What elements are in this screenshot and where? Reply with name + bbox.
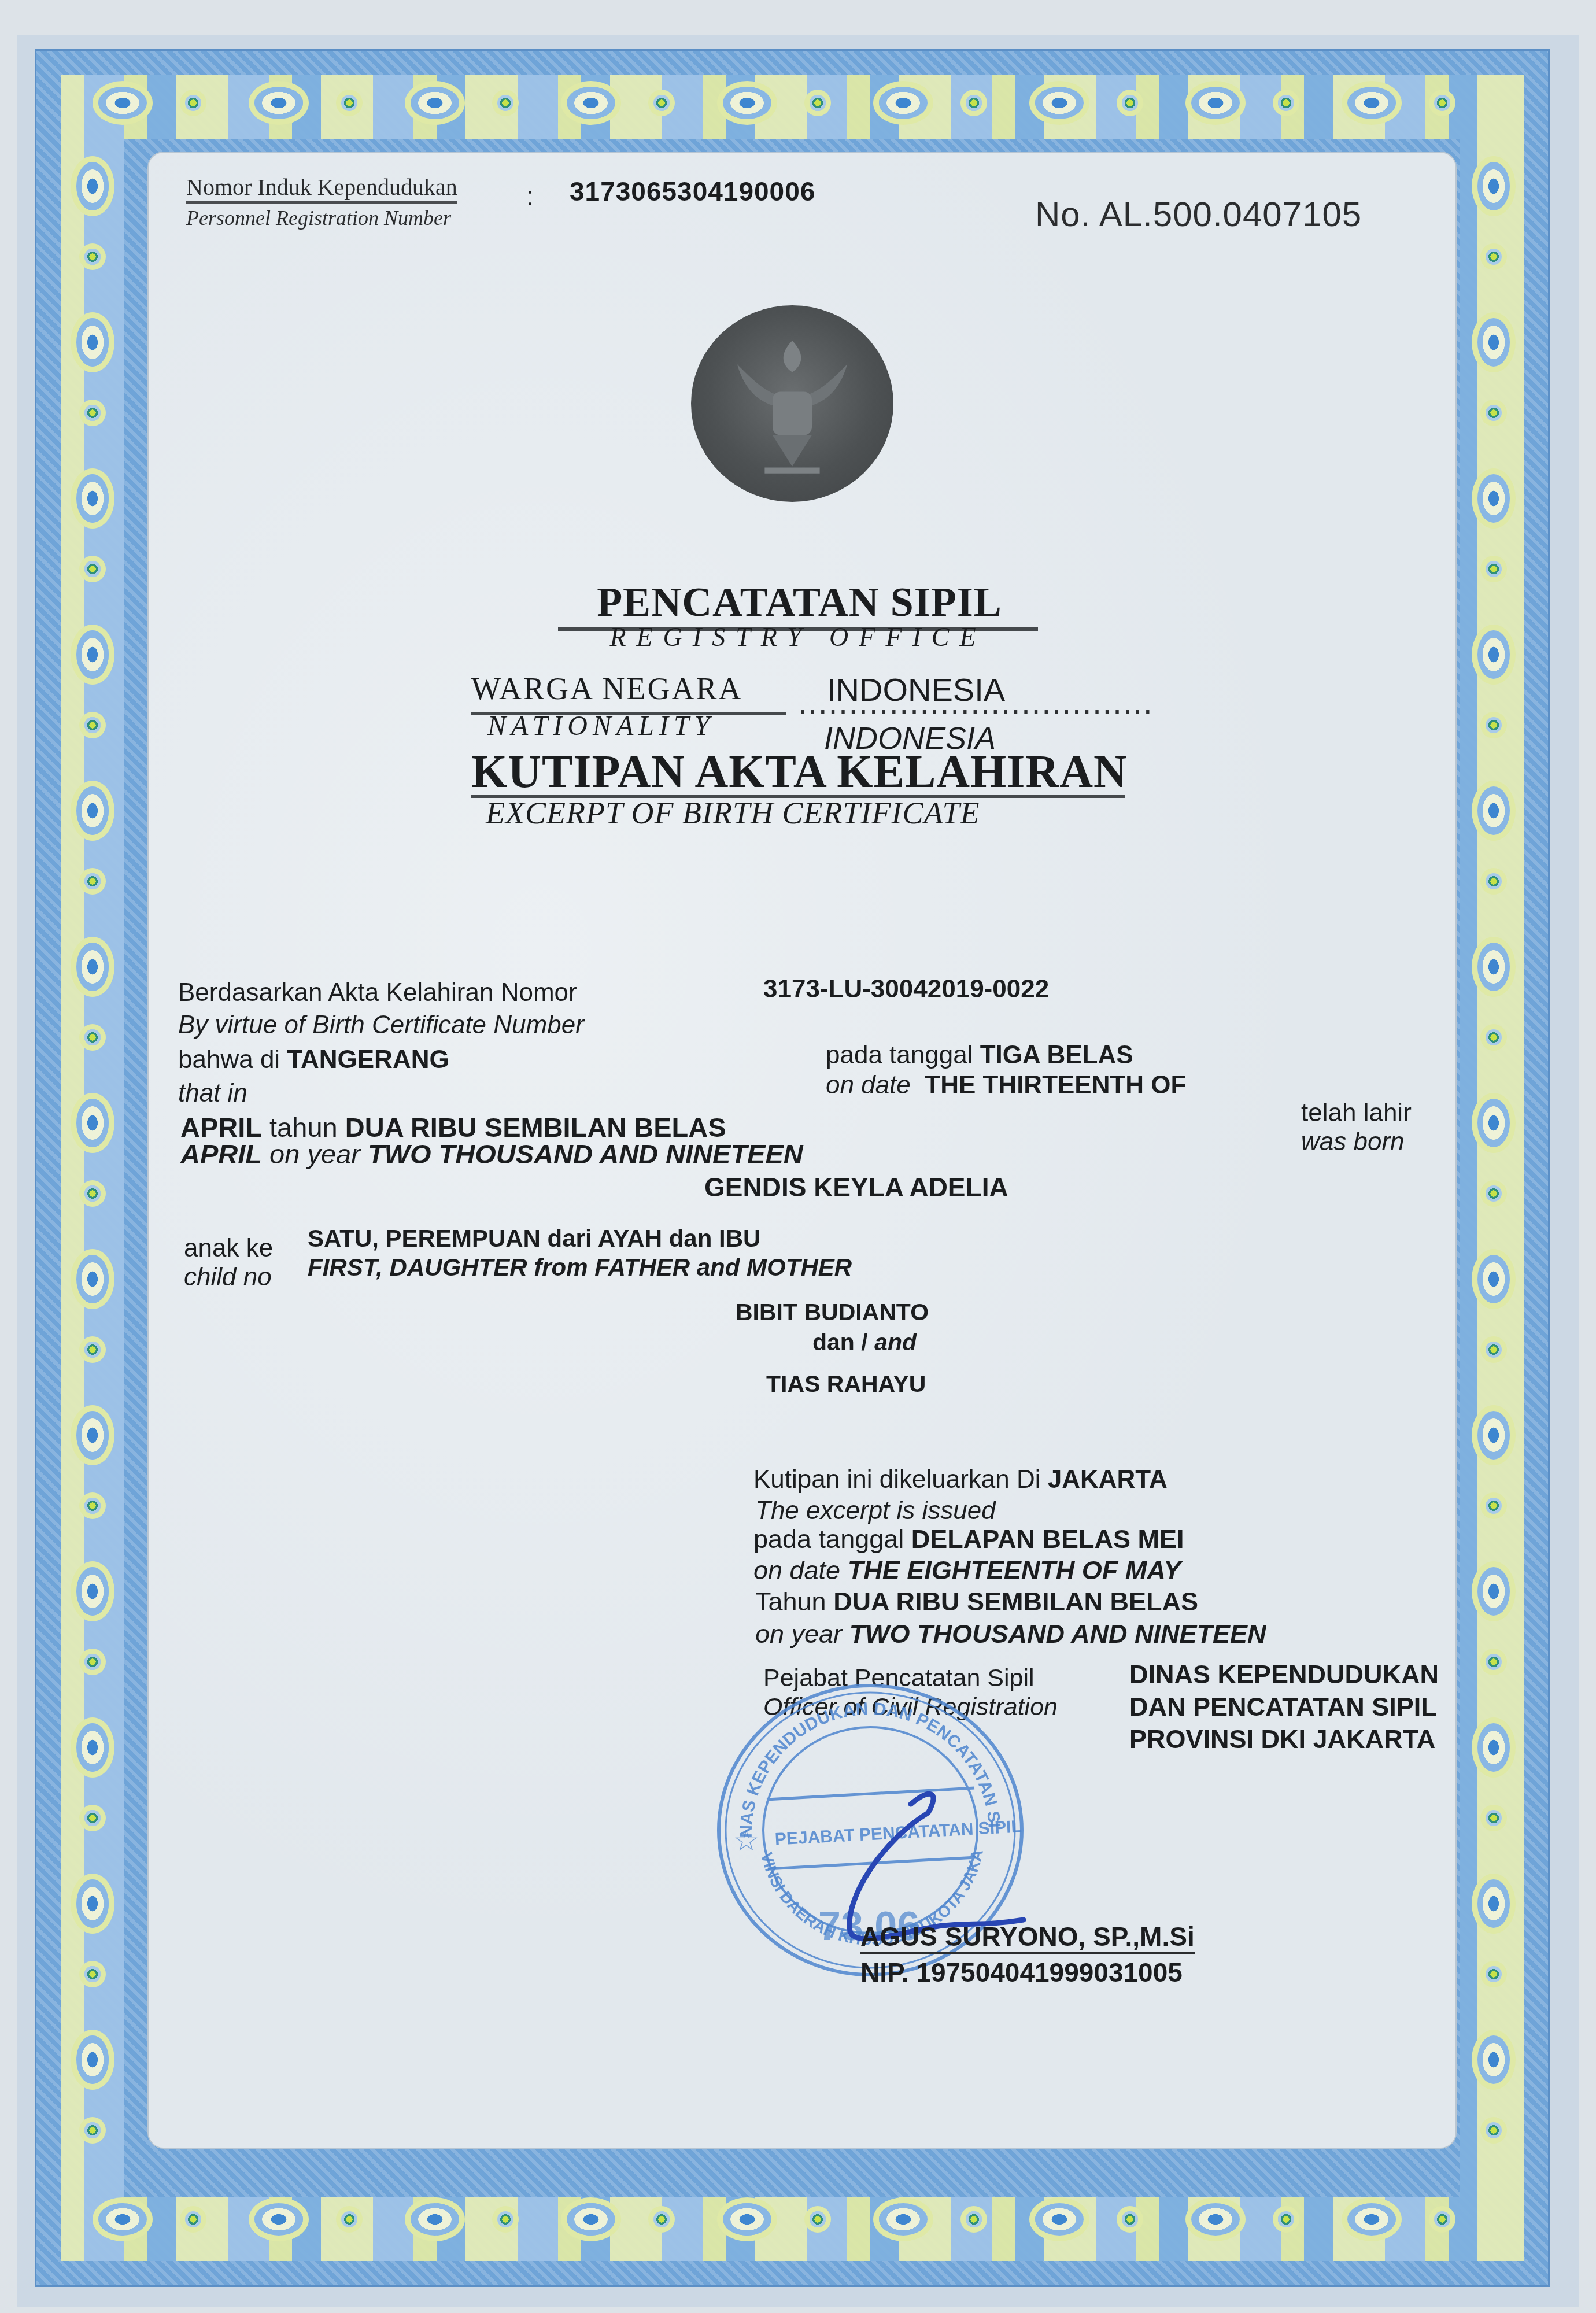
border-eye-ornament [98,2203,147,2236]
border-eye-ornament [76,1723,109,1772]
border-dot-ornament [1486,1185,1502,1202]
place-label: bahwa di [178,1045,280,1074]
month-value-en: APRIL [180,1139,262,1169]
border-eye-ornament [76,786,109,835]
and-label: dan / [812,1329,868,1355]
border-dot-ornament [1434,95,1450,111]
document-title: KUTIPAN AKTA KELAHIRAN [471,746,1128,799]
border-dot-ornament [1486,249,1502,265]
place-line: bahwa di TANGERANG [178,1045,449,1074]
border-dot-ornament [1486,1498,1502,1514]
issued-year-value-en: TWO THOUSAND AND NINETEEN [849,1619,1266,1649]
basis-label: Berdasarkan Akta Kelahiran Nomor [178,978,577,1007]
border-eye-ornament [1477,786,1510,835]
signatory-name: AGUS SURYONO, SP.,M.Si [860,1921,1195,1954]
border-eye-ornament [1477,1567,1510,1616]
border-eye-ornament [1477,943,1510,991]
border-eye-ornament [1477,474,1510,523]
issued-place: JAKARTA [1048,1465,1168,1494]
border-eye-ornament [76,1099,109,1147]
border-dot-ornament [653,2211,670,2227]
agency-line-2: DAN PENCATATAN SIPIL [1129,1692,1437,1722]
date-value: TIGA BELAS [980,1041,1133,1069]
nik-value: 3173065304190006 [570,176,815,207]
issued-date-value: DELAPAN BELAS MEI [911,1524,1184,1554]
and-line: dan / and [812,1329,917,1356]
border-dot-ornament [84,1654,101,1670]
border-dot-ornament [1486,873,1502,889]
border-eye-ornament [1035,2203,1084,2236]
place-label-en: that in [178,1079,247,1108]
border-eye-ornament [879,87,928,119]
border-eye-ornament [76,943,109,991]
svg-text:DINAS KEPENDUDUKAN DAN PENCATA: DINAS KEPENDUDUKAN DAN PENCATATAN SIPIL [711,1677,1004,1838]
year-label-en: on year [269,1139,360,1169]
border-dot-ornament [84,1810,101,1826]
border-dot-ornament [497,2211,513,2227]
border-eye-ornament [76,318,109,367]
mother-name: TIAS RAHAYU [766,1370,926,1398]
border-dot-ornament [84,1966,101,1982]
basis-label-en: By virtue of Birth Certificate Number [178,1011,584,1040]
border-eye-ornament [1477,1411,1510,1460]
border-dot-ornament [84,561,101,577]
child-description-en: FIRST, DAUGHTER from FATHER and MOTHER [308,1254,852,1281]
place-value: TANGERANG [287,1045,449,1074]
border-dot-ornament [185,2211,201,2227]
border-dot-ornament [810,95,826,111]
border-eye-ornament [1477,630,1510,679]
signatory-nip: NIP. 197504041999031005 [860,1957,1183,1988]
border-dot-ornament [1122,2211,1138,2227]
border-dot-ornament [1434,2211,1450,2227]
border-eye-ornament [76,630,109,679]
border-dot-ornament [84,1342,101,1358]
office-title-en: REGISTRY OFFICE [555,622,1041,652]
border-dot-ornament [1486,1966,1502,1982]
border-dot-ornament [185,95,201,111]
border-dot-ornament [84,2122,101,2138]
father-name: BIBIT BUDIANTO [736,1299,929,1326]
date-label-en: on date [826,1071,911,1099]
border-eye-ornament [76,2035,109,2084]
border-dot-ornament [84,1185,101,1202]
nationality-label: WARGA NEGARA [471,671,743,707]
nationality-value: INDONESIA [827,671,1005,708]
border-eye-ornament [1035,87,1084,119]
border-dot-ornament [84,405,101,421]
border-dot-ornament [1486,1029,1502,1045]
border-dot-ornament [1486,1654,1502,1670]
agency-line-1: DINAS KEPENDUDUKAN [1129,1660,1439,1690]
border-dot-ornament [84,1498,101,1514]
birth-date-line: pada tanggal TIGA BELAS [826,1041,1133,1070]
border-dot-ornament [84,249,101,265]
border-eye-ornament [1477,1879,1510,1928]
year-value-en: TWO THOUSAND AND NINETEEN [368,1139,803,1169]
border-eye-ornament [1191,87,1240,119]
border-eye-ornament [76,1879,109,1928]
issued-label: Kutipan ini dikeluarkan Di [753,1465,1041,1494]
nik-label-en: Personnel Registration Number [186,206,451,230]
issued-date-line: pada tanggal DELAPAN BELAS MEI [753,1524,1184,1554]
border-eye-ornament [879,2203,928,2236]
date-label: pada tanggal [826,1041,973,1069]
border-eye-ornament [1477,162,1510,210]
child-description: SATU, PEREMPUAN dari AYAH dan IBU [308,1225,760,1252]
border-eye-ornament [723,2203,771,2236]
child-name: GENDIS KEYLA ADELIA [704,1172,1008,1203]
border-eye-ornament [1477,318,1510,367]
birth-date-line-en: on date THE THIRTEENTH OF [826,1071,1186,1100]
border-eye-ornament [76,1255,109,1303]
border-eye-ornament [98,87,147,119]
child-no-label-en: child no [184,1263,272,1292]
nik-label: Nomor Induk Kependudukan [186,173,457,201]
issued-date-label-en: on date [753,1555,840,1585]
issued-label-en: The excerpt is issued [755,1497,996,1525]
border-eye-ornament [76,1411,109,1460]
border-eye-ornament [411,2203,459,2236]
issued-year-value: DUA RIBU SEMBILAN BELAS [833,1587,1198,1616]
border-eye-ornament [1477,1723,1510,1772]
issued-year-label: Tahun [755,1587,826,1616]
border-dot-ornament [1486,405,1502,421]
border-eye-ornament [1347,87,1396,119]
border-eye-ornament [76,1567,109,1616]
border-dot-ornament [653,95,670,111]
born-label-en: was born [1301,1128,1405,1156]
border-dot-ornament [1486,2122,1502,2138]
border-dot-ornament [84,717,101,733]
border-eye-ornament [1477,1099,1510,1147]
issued-date-line-en: on date THE EIGHTEENTH OF MAY [753,1555,1181,1586]
stamp-text-top: DINAS KEPENDUDUKAN DAN PENCATATAN SIPIL [711,1677,1004,1838]
issued-date-label: pada tanggal [753,1524,904,1554]
garuda-emblem-icon [691,305,893,502]
border-dot-ornament [966,95,982,111]
document-number: No. AL.500.0407105 [1035,194,1362,234]
and-label-en: and [874,1329,917,1355]
border-eye-ornament [1347,2203,1396,2236]
border-dot-ornament [84,873,101,889]
issued-date-value-en: THE EIGHTEENTH OF MAY [848,1555,1181,1585]
border-dot-ornament [341,95,357,111]
agency-line-3: PROVINSI DKI JAKARTA [1129,1724,1435,1754]
document-title-en: EXCERPT OF BIRTH CERTIFICATE [486,795,980,831]
nik-colon: : [526,180,534,212]
border-eye-ornament [254,87,303,119]
issued-year-line-en: on year TWO THOUSAND AND NINETEEN [755,1619,1266,1649]
border-dot-ornament [1278,2211,1294,2227]
office-title: PENCATATAN SIPIL [561,578,1038,626]
issued-year-label-en: on year [755,1619,842,1649]
date-value-en: THE THIRTEENTH OF [925,1071,1186,1099]
stamp-star-icon: ☆ [733,1824,759,1857]
border-dot-ornament [341,2211,357,2227]
border-eye-ornament [1477,2035,1510,2084]
border-dot-ornament [1278,95,1294,111]
border-eye-ornament [76,162,109,210]
birth-year-line-en: APRIL on year TWO THOUSAND AND NINETEEN [180,1138,803,1170]
border-eye-ornament [76,474,109,523]
border-dot-ornament [1486,1810,1502,1826]
nationality-label-en: NATIONALITY [487,710,715,742]
border-dot-ornament [966,2211,982,2227]
border-eye-ornament [1477,1255,1510,1303]
issued-year-line: Tahun DUA RIBU SEMBILAN BELAS [755,1587,1198,1617]
border-dot-ornament [1486,561,1502,577]
border-eye-ornament [567,87,615,119]
border-eye-ornament [254,2203,303,2236]
child-no-label: anak ke [184,1234,273,1263]
border-dot-ornament [810,2211,826,2227]
border-dot-ornament [1486,717,1502,733]
border-eye-ornament [567,2203,615,2236]
border-dot-ornament [84,1029,101,1045]
border-dot-ornament [497,95,513,111]
border-dot-ornament [1486,1342,1502,1358]
border-eye-ornament [1191,2203,1240,2236]
issued-line: Kutipan ini dikeluarkan Di JAKARTA [753,1465,1168,1494]
certificate-number: 3173-LU-30042019-0022 [763,975,1049,1004]
border-dot-ornament [1122,95,1138,111]
born-label: telah lahir [1301,1099,1412,1128]
border-eye-ornament [411,87,459,119]
border-eye-ornament [723,87,771,119]
